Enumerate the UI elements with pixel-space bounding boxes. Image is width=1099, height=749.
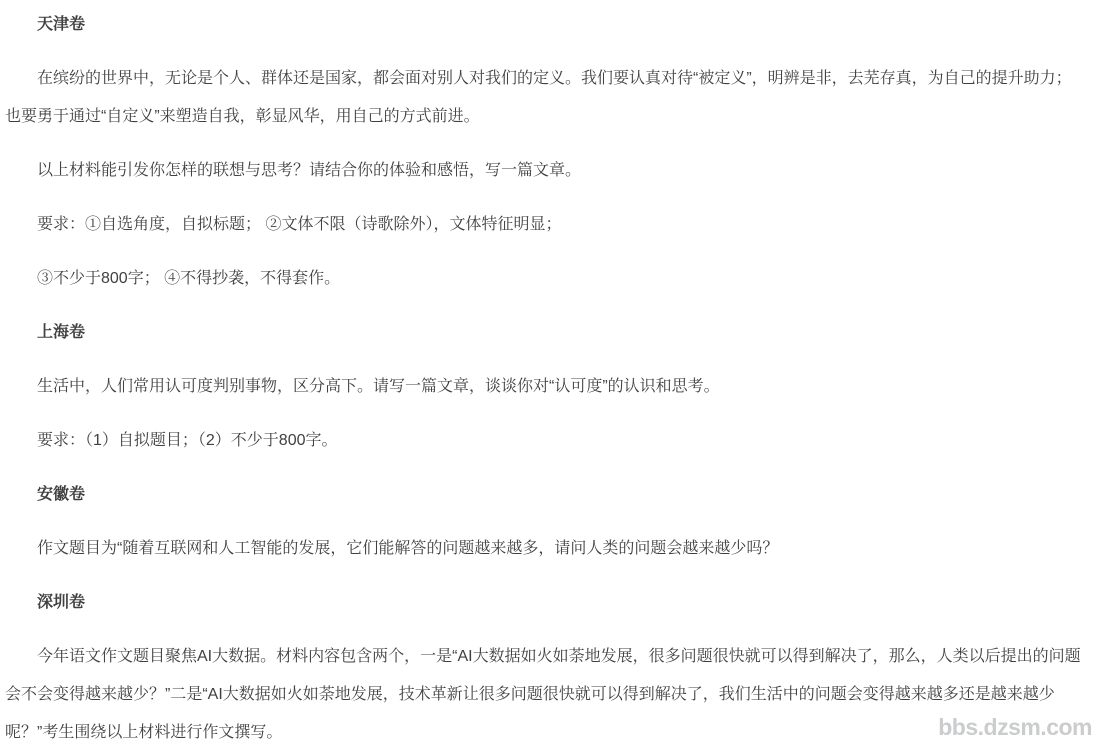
- section-heading-shenzhen: 深圳卷: [5, 584, 1085, 622]
- section-heading-shanghai: 上海卷: [5, 314, 1085, 352]
- section-heading-tianjin: 天津卷: [5, 6, 1085, 44]
- paragraph-shenzhen-material: 今年语文作文题目聚焦AI大数据。材料内容包含两个，一是“AI大数据如火如荼地发展…: [5, 638, 1085, 749]
- paragraph-shanghai-material: 生活中，人们常用认可度判别事物，区分高下。请写一篇文章，谈谈你对“认可度”的认识…: [5, 368, 1085, 406]
- section-heading-anhui: 安徽卷: [5, 476, 1085, 514]
- paragraph-anhui-material: 作文题目为“随着互联网和人工智能的发展，它们能解答的问题越来越多，请问人类的问题…: [5, 530, 1085, 568]
- paragraph-tianjin-prompt: 以上材料能引发你怎样的联想与思考？请结合你的体验和感悟，写一篇文章。: [5, 152, 1085, 190]
- paragraph-tianjin-requirements-2: ③不少于800字； ④不得抄袭，不得套作。: [5, 260, 1085, 298]
- paragraph-shanghai-requirements: 要求：（1）自拟题目；（2）不少于800字。: [5, 422, 1085, 460]
- document-body: 天津卷 在缤纷的世界中，无论是个人、群体还是国家，都会面对别人对我们的定义。我们…: [0, 0, 1099, 749]
- paragraph-tianjin-requirements-1: 要求：①自选角度，自拟标题； ②文体不限（诗歌除外），文体特征明显；: [5, 206, 1085, 244]
- site-watermark: bbs.dzsm.com: [938, 714, 1092, 741]
- paragraph-tianjin-material: 在缤纷的世界中，无论是个人、群体还是国家，都会面对别人对我们的定义。我们要认真对…: [5, 60, 1085, 136]
